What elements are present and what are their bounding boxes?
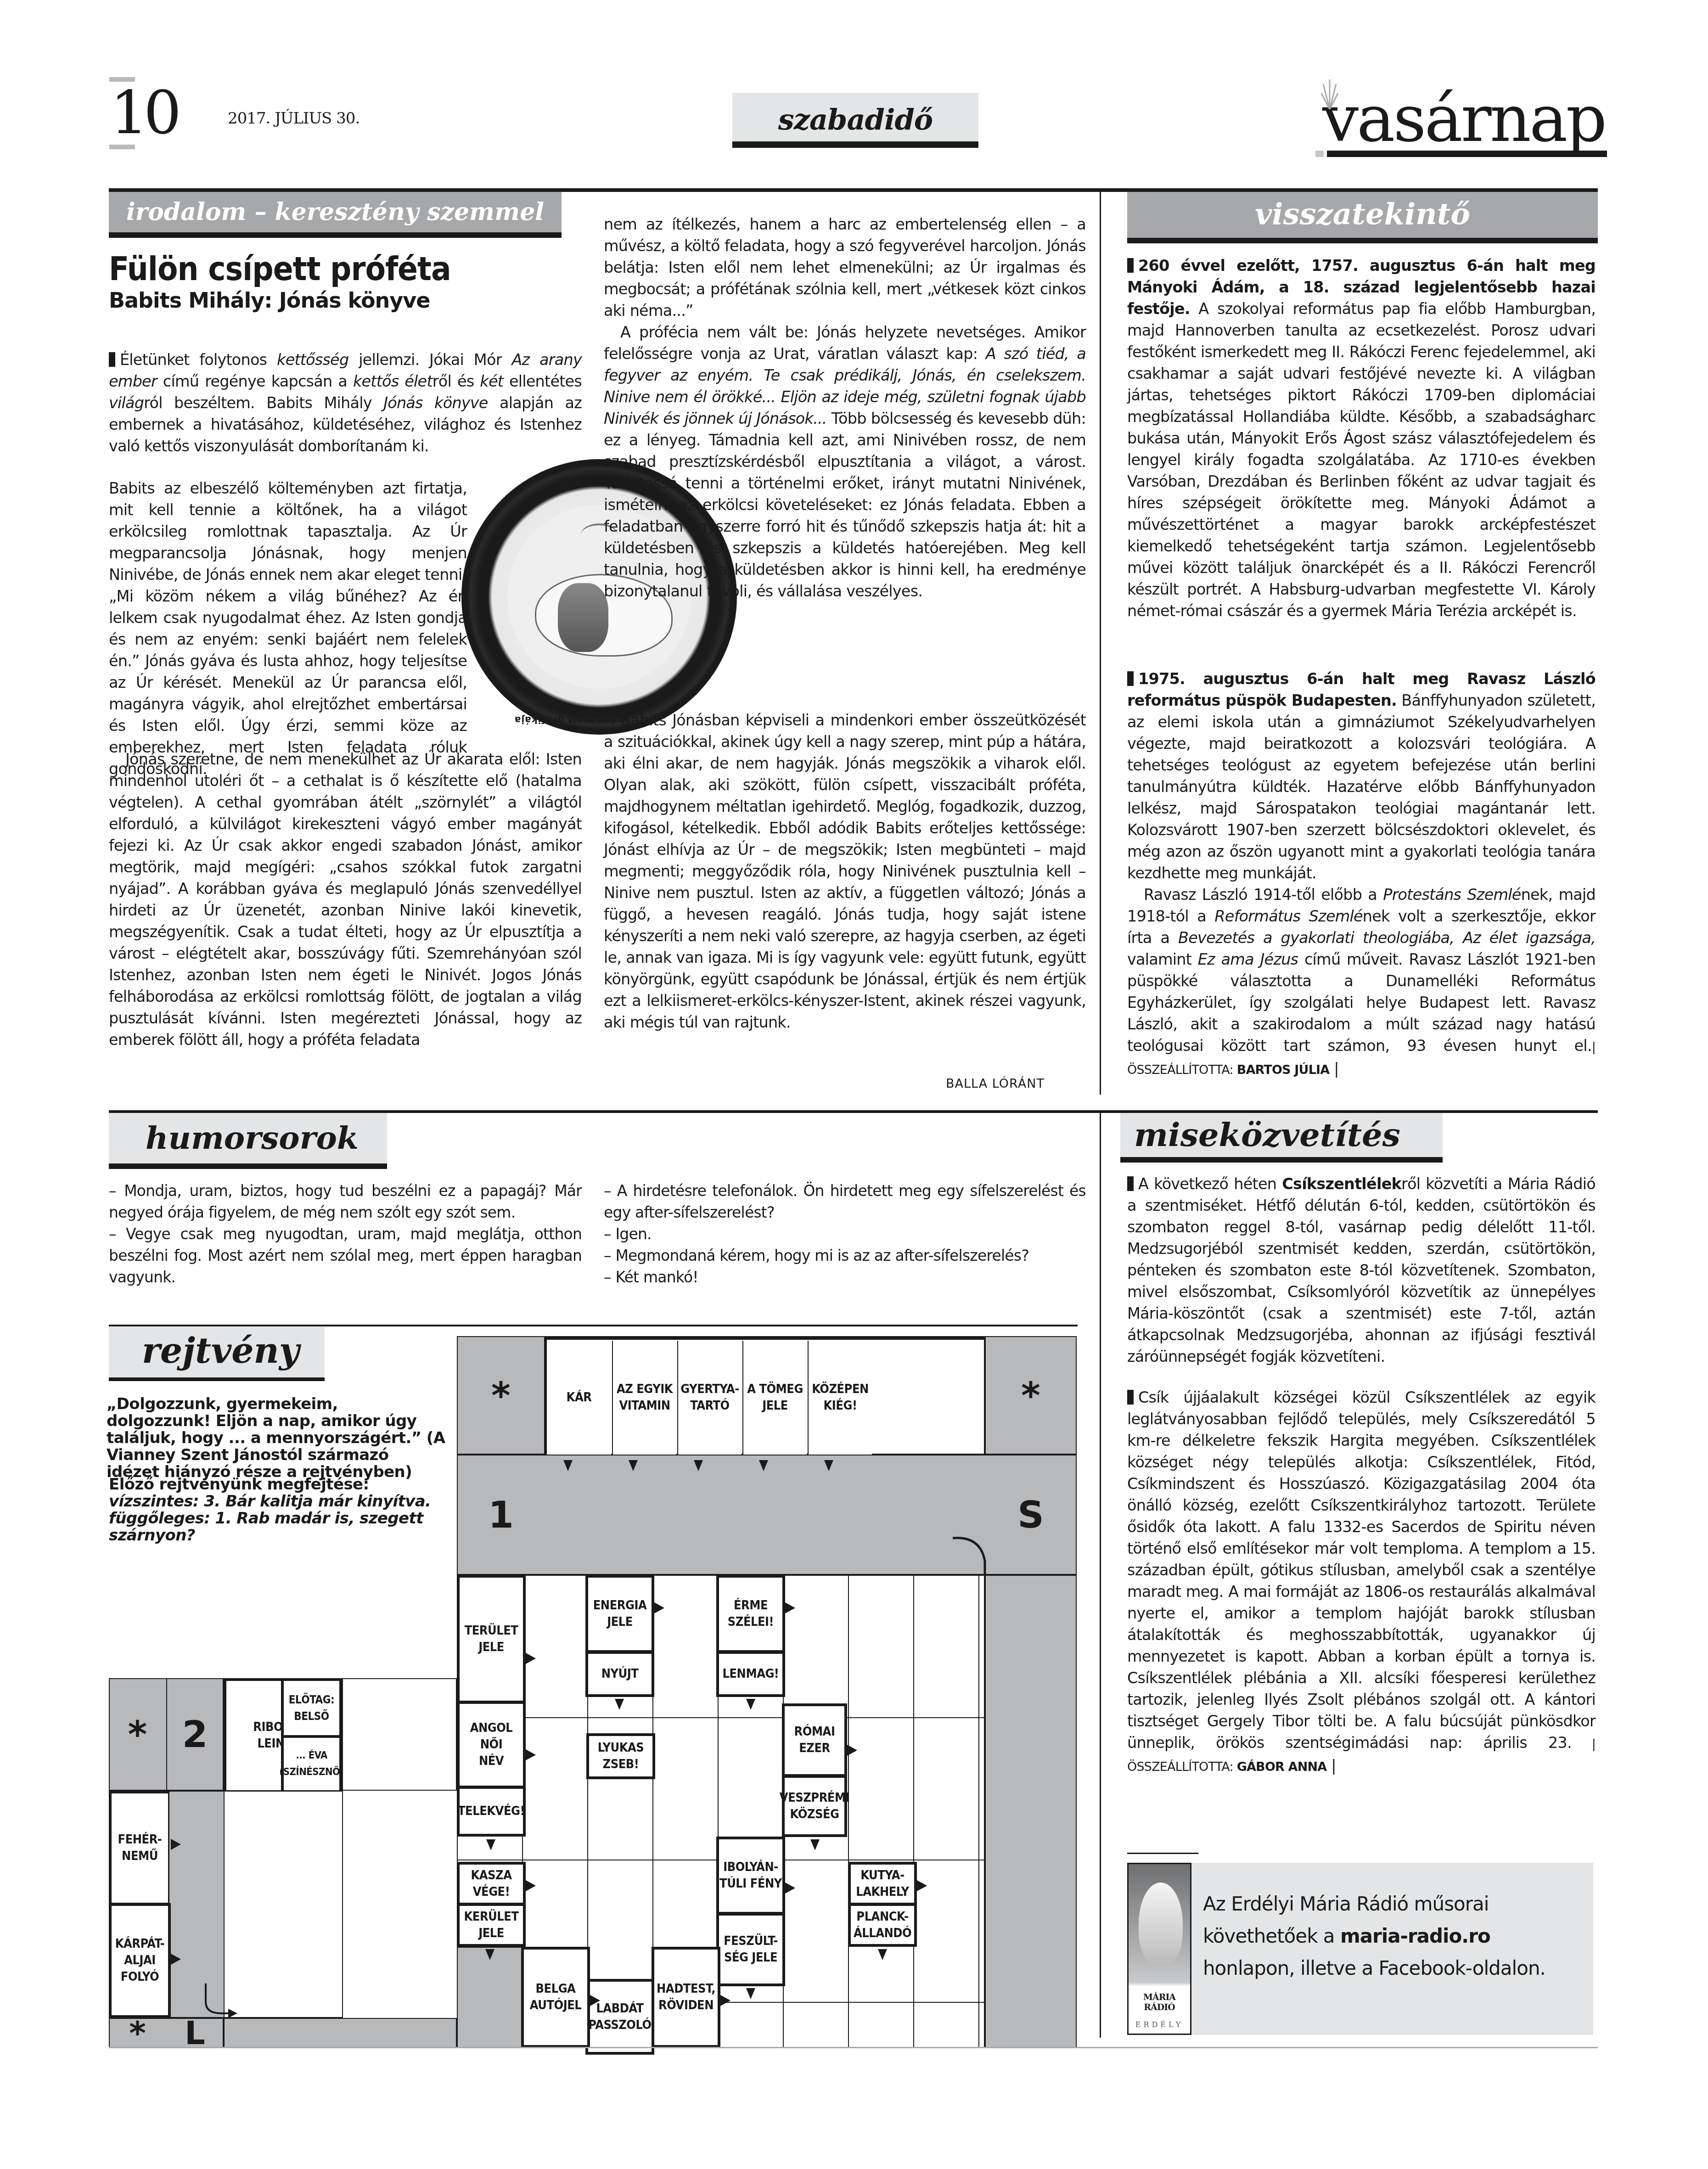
rubric-irodalom: irodalom – keresztény szemmel bbox=[109, 192, 562, 238]
clue-hadtest[interactable]: HADTEST, RÖVIDEN bbox=[652, 1947, 720, 2048]
article-author: BALLA LÓRÁNT bbox=[946, 1077, 1045, 1091]
page-bottom-rule bbox=[109, 2047, 1598, 2048]
visszatekinto-item-1: 260 évvel ezelőtt, 1757. augusztus 6-án … bbox=[1127, 255, 1596, 622]
joke-2: – A hirdetésre telefonálok. Ön hirdetett… bbox=[604, 1180, 1086, 1288]
clue-energia[interactable]: ENERGIA JELE bbox=[585, 1575, 654, 1653]
rubric-visszatekinto: visszatekintő bbox=[1127, 192, 1598, 243]
clue-vitamin[interactable]: AZ EGYIK VITAMIN bbox=[612, 1341, 676, 1455]
clue-kasza[interactable]: KASZA VÉGE! bbox=[457, 1862, 526, 1905]
puzzle-quote: „Dolgozzunk, gyermekeim, dolgozzunk! Elj… bbox=[107, 1396, 446, 1481]
maria-radio-promo: MÁRIA RÁDIÓ ERDÉLY Az Erdélyi Mária Rádi… bbox=[1127, 1863, 1593, 2035]
article-col1-body: Jónás szeretne, de nem menekülhet az Úr … bbox=[109, 748, 582, 1051]
row-number-1: 1 bbox=[457, 1455, 545, 1575]
rubric-misekozvetites: miseközvetítés bbox=[1120, 1113, 1443, 1163]
brand-rule-accent bbox=[1315, 151, 1324, 157]
promo-rule bbox=[1127, 1853, 1198, 1854]
clue-gyertyatarto[interactable]: GYERTYA- TARTÓ bbox=[677, 1341, 742, 1455]
puzzle-divider bbox=[109, 1325, 1078, 1326]
paragraph-marker bbox=[109, 352, 115, 367]
clue-belga[interactable]: BELGA AUTÓJEL bbox=[521, 1947, 590, 2048]
page-number: 10 bbox=[110, 83, 177, 142]
maria-radio-logo: MÁRIA RÁDIÓ ERDÉLY bbox=[1127, 1863, 1191, 2035]
article-title: Fülön csípett próféta bbox=[109, 250, 591, 287]
clue-kozepen[interactable]: KÖZÉPEN KIÉG! bbox=[808, 1341, 872, 1455]
brand-rule bbox=[1327, 151, 1607, 157]
star-marker: * bbox=[109, 2018, 166, 2048]
clue-kar[interactable]: KÁR bbox=[547, 1341, 611, 1455]
visszatekinto-item-2: 1975. augusztus 6-án halt meg Ravasz Lás… bbox=[1127, 668, 1596, 1081]
compiler-name: BARTOS JÚLIA bbox=[1237, 1063, 1330, 1077]
rubric-rejtveny: rejtvény bbox=[109, 1327, 325, 1381]
clue-tomeg[interactable]: A TÖMEG JELE bbox=[742, 1341, 807, 1455]
page-number-rule-bottom bbox=[109, 145, 135, 149]
clue-karpat[interactable]: KÁRPÁT- ALJAI FOLYÓ bbox=[109, 1903, 171, 2018]
article-col1-wrap: Babits az elbeszélő költeményben azt fir… bbox=[109, 478, 467, 780]
joke-1: – Mondja, uram, biztos, hogy tud beszéln… bbox=[109, 1180, 582, 1288]
clue-elotag[interactable]: ELŐTAG: BELSŐ bbox=[281, 1678, 342, 1738]
previous-solution: Előző rejtvényünk megfejtése: vízszintes… bbox=[109, 1476, 449, 1544]
column-divider-right-bottom bbox=[1100, 1110, 1101, 2038]
star-marker: * bbox=[109, 1678, 166, 1791]
clue-feher[interactable]: FEHÉR- NEMŰ bbox=[109, 1791, 171, 1905]
star-marker: * bbox=[457, 1336, 545, 1455]
clue-kerulet[interactable]: KERÜLET JELE bbox=[457, 1903, 526, 1947]
misekozvetites-text: A következő héten Csíkszentlélekről közv… bbox=[1127, 1173, 1596, 1778]
crossword-grid-lower: * 2 RIBONUK- LEINSAV ELŐTAG: BELSŐ ... É… bbox=[109, 1678, 1078, 2048]
row-number-2: 2 bbox=[166, 1678, 224, 1791]
clue-lyukas[interactable]: LYUKAS ZSEB! bbox=[586, 1733, 655, 1779]
rubric-humorsorok: humorsorok bbox=[109, 1113, 387, 1169]
brand-logo: vasárnap bbox=[1322, 87, 1605, 152]
article-col2-top: nem az ítélkezés, hanem a harc az embert… bbox=[604, 214, 1086, 602]
clue-planck[interactable]: PLANCK- ÁLLANDÓ bbox=[848, 1903, 917, 1947]
section-label: szabadidő bbox=[732, 93, 978, 148]
section-divider-top bbox=[109, 188, 1598, 192]
clue-kutya[interactable]: KUTYA- LAKHELY bbox=[848, 1862, 917, 1905]
article-col1-intro: Életünket folytonos kettősség jellemzi. … bbox=[109, 349, 582, 457]
sunburst-icon bbox=[1320, 77, 1339, 109]
issue-date: 2017. JÚLIUS 30. bbox=[228, 109, 360, 128]
clue-eva[interactable]: ... ÉVA (SZÍNÉSZNŐ) bbox=[281, 1735, 342, 1793]
website-link[interactable]: maria-radio.ro bbox=[1340, 1925, 1490, 1947]
compiler-name: GÁBOR ANNA bbox=[1237, 1760, 1327, 1774]
column-divider-right-top bbox=[1100, 190, 1101, 1095]
article-subtitle: Babits Mihály: Jónás könyve bbox=[109, 288, 591, 312]
clue-erme[interactable]: ÉRME SZÉLEI! bbox=[716, 1575, 785, 1653]
row-letter-l: L bbox=[166, 2018, 224, 2048]
star-marker: * bbox=[985, 1336, 1077, 1455]
article-col2-bottom: Babits Jónásban képviseli a mindenkori e… bbox=[604, 709, 1086, 1033]
